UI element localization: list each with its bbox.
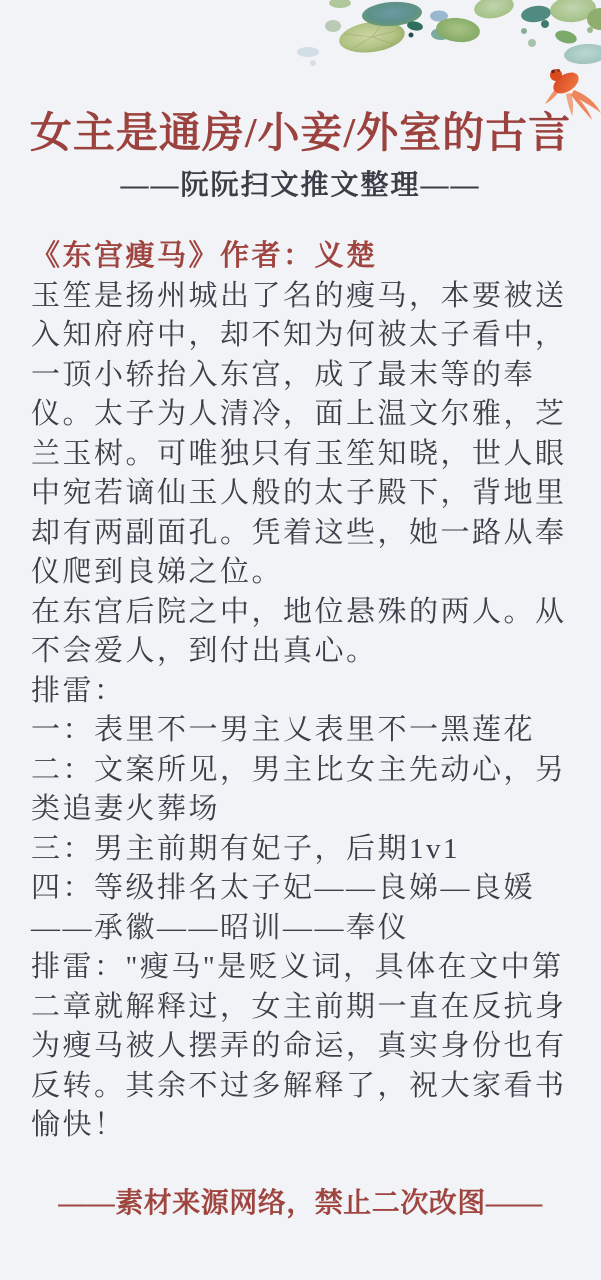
body-line: 仪爬到良娣之位。 — [31, 553, 579, 593]
body-line: 却有两副面孔。凭着这些，她一路从奉 — [31, 514, 579, 554]
body-line: 二章就解释过，女主前期一直在反抗身 — [31, 988, 579, 1028]
body-line: 四：等级排名太子妃——良娣—良媛 — [31, 869, 579, 909]
body-line: 类追妻火葬场 — [31, 790, 579, 830]
body-line: 兰玉树。可唯独只有玉笙知晓，世人眼 — [31, 435, 579, 475]
body-line: 排雷： — [31, 672, 579, 712]
body-line: 三：男主前期有妃子，后期1v1 — [31, 830, 579, 870]
body-line: 入知府府中，却不知为何被太子看中， — [31, 316, 579, 356]
body-line: 排雷："瘦马"是贬义词，具体在文中第 — [31, 948, 579, 988]
book-description: 《东宫瘦马》作者：义楚 玉笙是扬州城出了名的瘦马，本要被送 入知府府中，却不知为… — [31, 237, 579, 1146]
body-line: 一顶小轿抬入东宫，成了最末等的奉 — [31, 356, 579, 396]
body-line: 在东宫后院之中，地位悬殊的两人。从 — [31, 593, 579, 633]
novel-recommendation-card: 女主是通房/小妾/外室的古言 ——阮阮扫文推文整理—— 《东宫瘦马》作者：义楚 … — [0, 0, 601, 1280]
body-line: 玉笙是扬州城出了名的瘦马，本要被送 — [31, 277, 579, 317]
body-line: ——承徽——昭训——奉仪 — [31, 909, 579, 949]
page-title: 女主是通房/小妾/外室的古言 — [0, 100, 601, 160]
body-line: 不会爱人，到付出真心。 — [31, 632, 579, 672]
body-line: 二：文案所见，男主比女主先动心，另 — [31, 751, 579, 791]
page-subtitle: ——阮阮扫文推文整理—— — [0, 163, 601, 203]
body-line: 中宛若谪仙玉人般的太子殿下，背地里 — [31, 474, 579, 514]
body-line: 愉快！ — [31, 1106, 579, 1146]
book-heading: 《东宫瘦马》作者：义楚 — [31, 237, 579, 277]
body-line: 反转。其余不过多解释了，祝大家看书 — [31, 1067, 579, 1107]
footer-note: ——素材来源网络，禁止二次改图—— — [0, 1181, 601, 1221]
body-line: 为瘦马被人摆弄的命运，真实身份也有 — [31, 1027, 579, 1067]
body-line: 一：表里不一男主乂表里不一黑莲花 — [31, 711, 579, 751]
body-line: 仪。太子为人清冷，面上温文尔雅，芝 — [31, 395, 579, 435]
